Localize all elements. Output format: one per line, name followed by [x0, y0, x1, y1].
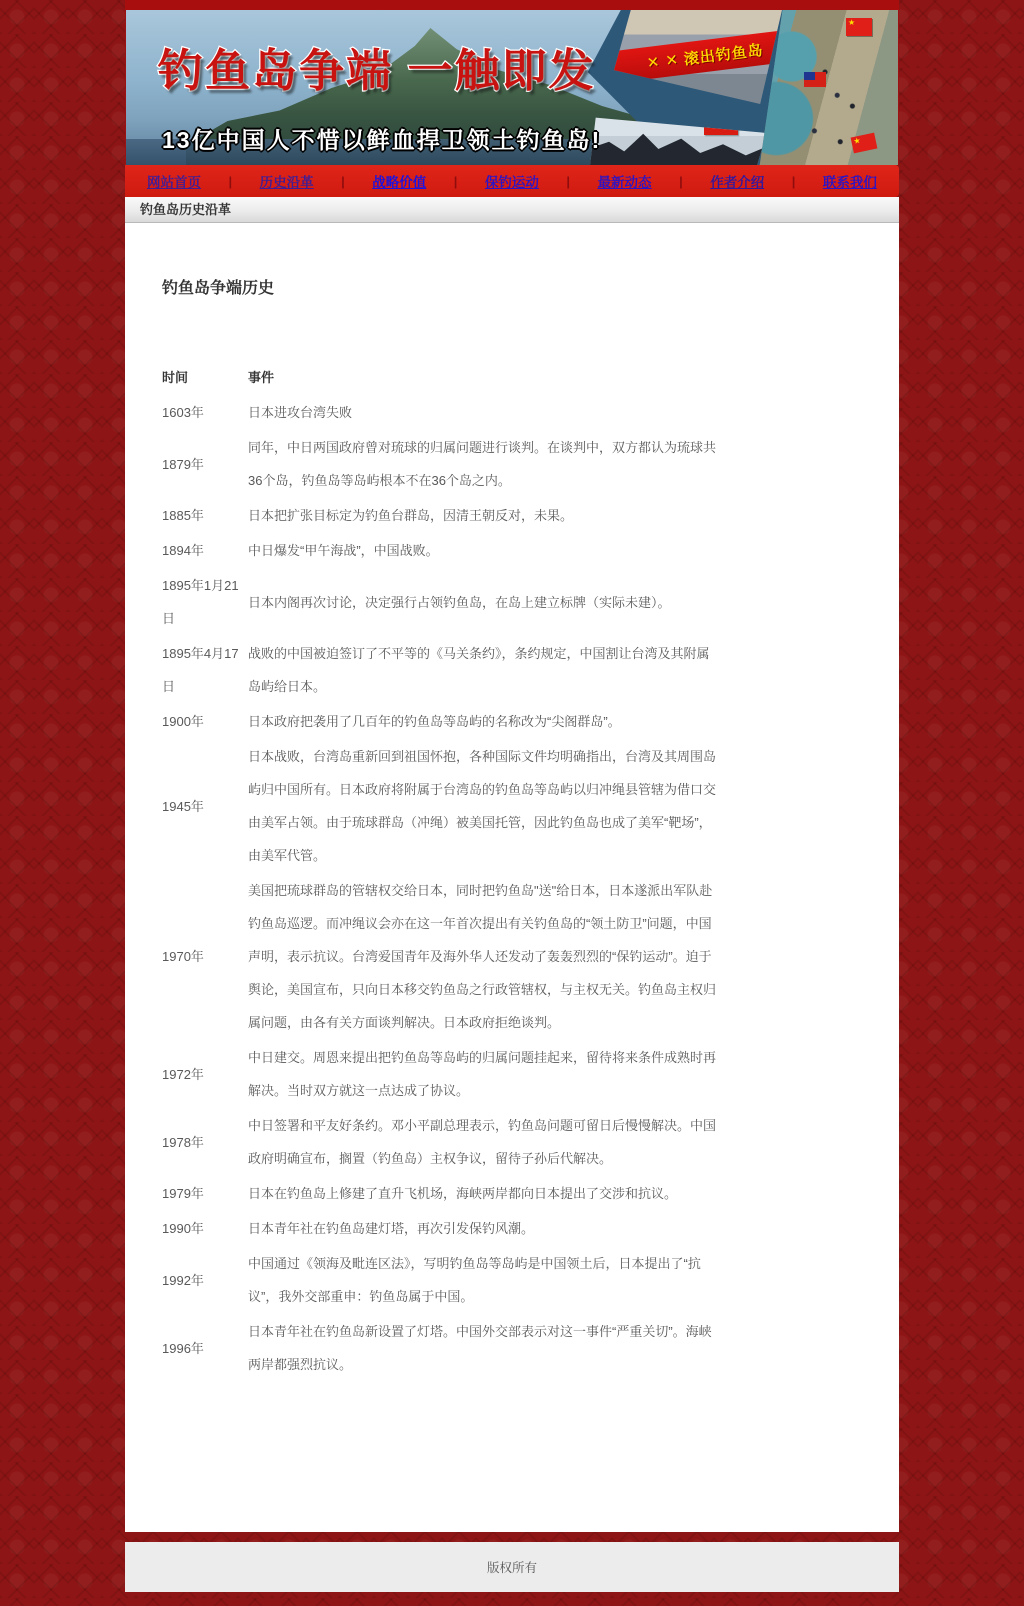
banner-subtitle: 13亿中国人不惜以鲜血捍卫领土钓鱼岛! — [162, 122, 722, 155]
history-row: 1895年4月17日战败的中国被迫签订了不平等的《马关条约》，条约规定，中国割让… — [162, 636, 718, 704]
history-table: 时间 事件 1603年日本进攻台湾失败1879年同年，中日两国政府曾对琉球的归属… — [162, 360, 718, 1382]
event-time: 1900年 — [162, 704, 248, 739]
history-row: 1885年日本把扩张目标定为钓鱼台群岛，因清王朝反对，未果。 — [162, 498, 718, 533]
event-description: 同年，中日两国政府曾对琉球的归属问题进行谈判。在谈判中，双方都认为琉球共36个岛… — [248, 430, 718, 498]
nav-item-5[interactable]: 最新动态 — [598, 171, 652, 191]
event-description: 日本内阁再次讨论，决定强行占领钓鱼岛，在岛上建立标牌（实际未建）。 — [248, 568, 718, 636]
page-title: 钓鱼岛争端历史 — [162, 275, 862, 298]
nav-separator: | — [341, 174, 345, 189]
history-row: 1879年同年，中日两国政府曾对琉球的归属问题进行谈判。在谈判中，双方都认为琉球… — [162, 430, 718, 498]
event-description: 美国把琉球群岛的管辖权交给日本，同时把钓鱼岛"送"给日本，日本遂派出军队赴钓鱼岛… — [248, 873, 718, 1040]
history-row: 1945年日本战败，台湾岛重新回到祖国怀抱，各种国际文件均明确指出，台湾及其周围… — [162, 739, 718, 873]
event-description: 中日爆发“甲午海战”，中国战败。 — [248, 533, 718, 568]
time-column-header: 时间 — [162, 360, 248, 395]
event-description: 战败的中国被迫签订了不平等的《马关条约》，条约规定，中国割让台湾及其附属岛屿给日… — [248, 636, 718, 704]
history-row: 1895年1月21日日本内阁再次讨论，决定强行占领钓鱼岛，在岛上建立标牌（实际未… — [162, 568, 718, 636]
event-time: 1978年 — [162, 1108, 248, 1176]
nav-separator: | — [679, 174, 683, 189]
nav-item-1[interactable]: 网站首页 — [147, 171, 201, 191]
copyright-text: 版权所有 — [487, 1558, 537, 1576]
event-description: 日本政府把袭用了几百年的钓鱼岛等岛屿的名称改为“尖阁群岛”。 — [248, 704, 718, 739]
nav-item-3[interactable]: 战略价值 — [372, 171, 426, 191]
history-header-row: 时间 事件 — [162, 360, 718, 395]
nav-separator: | — [454, 174, 458, 189]
event-time: 1992年 — [162, 1246, 248, 1314]
page-container: ✕ ✕ 滚出钓鱼岛 ★ ★ ★ 钓鱼岛争端 一触即发 13亿中国人不惜以鲜血捍卫… — [125, 0, 899, 1592]
event-description: 日本进攻台湾失败 — [248, 395, 718, 430]
main-content: 钓鱼岛争端历史 时间 事件 1603年日本进攻台湾失败1879年同年，中日两国政… — [125, 223, 899, 1532]
event-description: 日本把扩张目标定为钓鱼台群岛，因清王朝反对，未果。 — [248, 498, 718, 533]
footer: 版权所有 — [125, 1542, 899, 1592]
nav-item-6[interactable]: 作者介绍 — [710, 171, 764, 191]
main-nav: 网站首页|历史沿革|战略价值|保钓运动|最新动态|作者介绍|联系我们 — [125, 165, 899, 197]
banner-title: 钓鱼岛争端 一触即发 — [158, 34, 718, 99]
roc-flag-icon — [804, 72, 826, 87]
history-row: 1996年日本青年社在钓鱼岛新设置了灯塔。中国外交部表示对这一事件“严重关切”。… — [162, 1314, 718, 1382]
event-time: 1990年 — [162, 1211, 248, 1246]
history-row: 1978年中日签署和平友好条约。邓小平副总理表示，钓鱼岛问题可留日后慢慢解决。中… — [162, 1108, 718, 1176]
history-row: 1972年中日建交。周恩来提出把钓鱼岛等岛屿的归属问题挂起来，留待将来条件成熟时… — [162, 1040, 718, 1108]
event-time: 1895年1月21日 — [162, 568, 248, 636]
breadcrumb: 钓鱼岛历史沿革 — [125, 197, 899, 223]
event-time: 1603年 — [162, 395, 248, 430]
event-description: 日本在钓鱼岛上修建了直升飞机场，海峡两岸都向日本提出了交涉和抗议。 — [248, 1176, 718, 1211]
event-time: 1895年4月17日 — [162, 636, 248, 704]
event-description: 中国通过《领海及毗连区法》，写明钓鱼岛等岛屿是中国领土后，日本提出了“抗议”，我… — [248, 1246, 718, 1314]
nav-item-2[interactable]: 历史沿革 — [260, 171, 314, 191]
event-description: 日本战败，台湾岛重新回到祖国怀抱，各种国际文件均明确指出，台湾及其周围岛屿归中国… — [248, 739, 718, 873]
nav-separator: | — [566, 174, 570, 189]
event-time: 1970年 — [162, 873, 248, 1040]
nav-item-4[interactable]: 保钓运动 — [485, 171, 539, 191]
event-column-header: 事件 — [248, 360, 718, 395]
history-row: 1970年美国把琉球群岛的管辖权交给日本，同时把钓鱼岛"送"给日本，日本遂派出军… — [162, 873, 718, 1040]
history-table-body: 1603年日本进攻台湾失败1879年同年，中日两国政府曾对琉球的归属问题进行谈判… — [162, 395, 718, 1382]
event-time: 1979年 — [162, 1176, 248, 1211]
event-time: 1885年 — [162, 498, 248, 533]
history-row: 1979年日本在钓鱼岛上修建了直升飞机场，海峡两岸都向日本提出了交涉和抗议。 — [162, 1176, 718, 1211]
history-row: 1603年日本进攻台湾失败 — [162, 395, 718, 430]
history-row: 1900年日本政府把袭用了几百年的钓鱼岛等岛屿的名称改为“尖阁群岛”。 — [162, 704, 718, 739]
event-time: 1945年 — [162, 739, 248, 873]
event-time: 1996年 — [162, 1314, 248, 1382]
header-banner: ✕ ✕ 滚出钓鱼岛 ★ ★ ★ 钓鱼岛争端 一触即发 13亿中国人不惜以鲜血捍卫… — [125, 10, 899, 165]
history-row: 1990年日本青年社在钓鱼岛建灯塔，再次引发保钓风潮。 — [162, 1211, 718, 1246]
event-description: 日本青年社在钓鱼岛建灯塔，再次引发保钓风潮。 — [248, 1211, 718, 1246]
event-time: 1972年 — [162, 1040, 248, 1108]
history-row: 1894年中日爆发“甲午海战”，中国战败。 — [162, 533, 718, 568]
prc-flag-icon: ★ — [846, 18, 872, 36]
event-time: 1894年 — [162, 533, 248, 568]
nav-item-7[interactable]: 联系我们 — [823, 171, 877, 191]
event-description: 日本青年社在钓鱼岛新设置了灯塔。中国外交部表示对这一事件“严重关切”。海峡两岸都… — [248, 1314, 718, 1382]
history-row: 1992年中国通过《领海及毗连区法》，写明钓鱼岛等岛屿是中国领土后，日本提出了“… — [162, 1246, 718, 1314]
event-description: 中日签署和平友好条约。邓小平副总理表示，钓鱼岛问题可留日后慢慢解决。中国政府明确… — [248, 1108, 718, 1176]
nav-separator: | — [229, 174, 233, 189]
event-time: 1879年 — [162, 430, 248, 498]
nav-separator: | — [792, 174, 796, 189]
event-description: 中日建交。周恩来提出把钓鱼岛等岛屿的归属问题挂起来，留待将来条件成熟时再解决。当… — [248, 1040, 718, 1108]
top-red-bar — [125, 0, 899, 10]
